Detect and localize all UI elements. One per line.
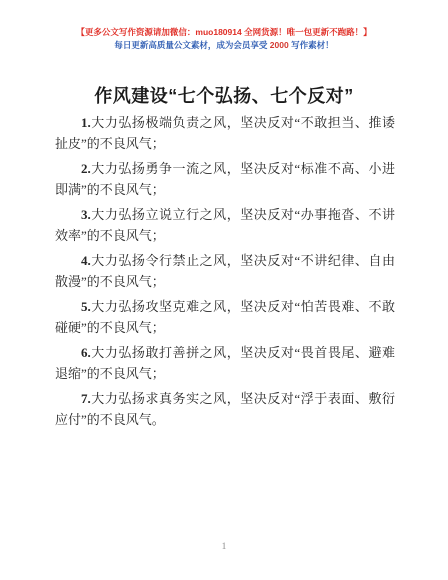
paragraph-2: 2.大力弘扬勇争一流之风，坚决反对“标准不高、小进即满”的不良风气； [55,158,395,200]
header-ad-line2-suffix: 写作素材！ [289,40,334,50]
paragraph-1-text: 大力弘扬极端负责之风，坚决反对“不敢担当、推诿扯皮”的不良风气； [55,115,395,151]
paragraph-6-text: 大力弘扬敢打善拼之风，坚决反对“畏首畏尾、避难退缩”的不良风气； [55,345,395,381]
paragraph-4: 4.大力弘扬令行禁止之风，坚决反对“不讲纪律、自由散漫”的不良风气； [55,250,395,292]
header-watermark-ad: 【更多公文写作资源请加微信：muo180914 全网货源！唯一包更新不跑路！】 … [0,26,448,52]
paragraph-2-number: 2. [81,161,91,176]
paragraph-1: 1.大力弘扬极端负责之风，坚决反对“不敢担当、推诿扯皮”的不良风气； [55,112,395,154]
header-ad-line2: 每日更新高质量公文素材，成为会员享受 2000 写作素材！ [0,39,448,52]
document-body: 1.大力弘扬极端负责之风，坚决反对“不敢担当、推诿扯皮”的不良风气； 2.大力弘… [55,112,395,434]
document-title: 作风建设“七个弘扬、七个反对” [0,84,448,108]
paragraph-5-number: 5. [81,299,91,314]
paragraph-3-number: 3. [81,207,91,222]
document-page: 【更多公文写作资源请加微信：muo180914 全网货源！唯一包更新不跑路！】 … [0,0,448,580]
paragraph-1-number: 1. [81,115,91,130]
paragraph-5-text: 大力弘扬攻坚克难之风，坚决反对“怕苦畏难、不敢碰硬”的不良风气； [55,299,395,335]
paragraph-6: 6.大力弘扬敢打善拼之风，坚决反对“畏首畏尾、避难退缩”的不良风气； [55,342,395,384]
paragraph-7-text: 大力弘扬求真务实之风，坚决反对“浮于表面、敷衍应付”的不良风气。 [55,391,395,427]
paragraph-5: 5.大力弘扬攻坚克难之风，坚决反对“怕苦畏难、不敢碰硬”的不良风气； [55,296,395,338]
paragraph-4-number: 4. [81,253,91,268]
paragraph-4-text: 大力弘扬令行禁止之风，坚决反对“不讲纪律、自由散漫”的不良风气； [55,253,395,289]
paragraph-7-number: 7. [81,391,91,406]
page-number: 1 [0,542,448,552]
paragraph-3: 3.大力弘扬立说立行之风，坚决反对“办事拖沓、不讲效率”的不良风气； [55,204,395,246]
paragraph-7: 7.大力弘扬求真务实之风，坚决反对“浮于表面、敷衍应付”的不良风气。 [55,388,395,430]
paragraph-6-number: 6. [81,345,91,360]
paragraph-2-text: 大力弘扬勇争一流之风，坚决反对“标准不高、小进即满”的不良风气； [55,161,395,197]
header-ad-line2-prefix: 每日更新高质量公文素材，成为会员享受 [114,40,269,50]
paragraph-3-text: 大力弘扬立说立行之风，坚决反对“办事拖沓、不讲效率”的不良风气； [55,207,395,243]
header-ad-count: 2000 [270,40,289,50]
header-ad-line1: 【更多公文写作资源请加微信：muo180914 全网货源！唯一包更新不跑路！】 [0,26,448,39]
